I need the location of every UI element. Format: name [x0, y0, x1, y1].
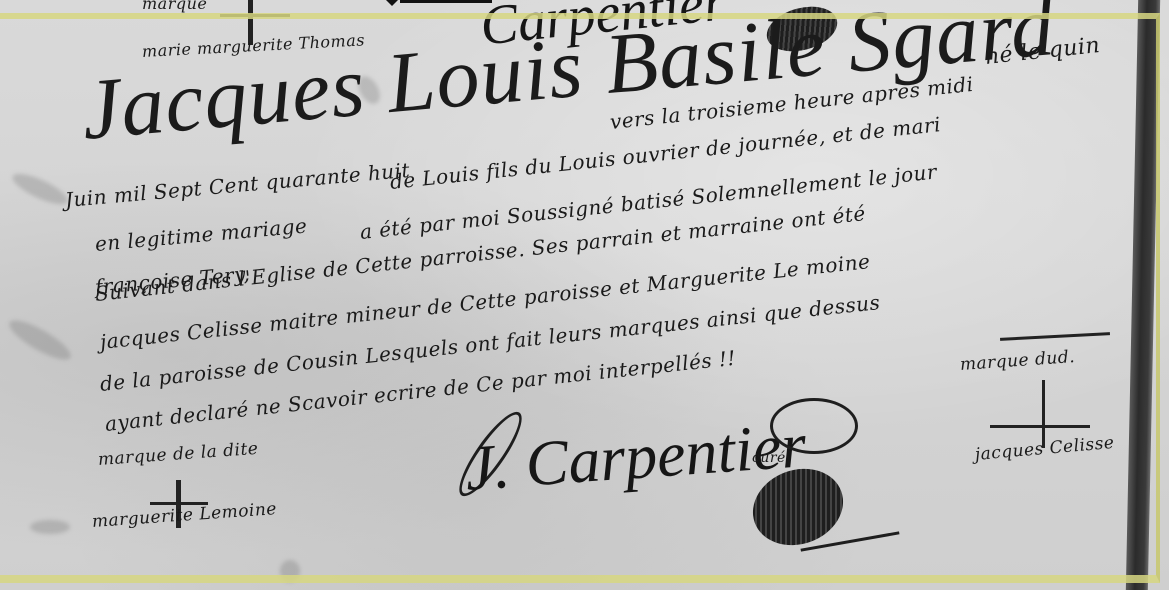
right-mark-label: marque dud.	[959, 347, 1075, 375]
underline-stroke	[1000, 332, 1110, 341]
top-fragment-text: marque	[142, 0, 207, 13]
signature-suffix: curé	[752, 450, 786, 466]
signature-loop	[770, 398, 858, 454]
left-mark-label: marque de la dite	[97, 439, 259, 470]
record-line-5: en legitime mariage	[94, 213, 308, 255]
paper-stain	[280, 560, 300, 582]
document-scan: marque marie marguerite Thomas Carpentie…	[0, 0, 1169, 590]
paper-stain	[30, 520, 70, 534]
paper-stain	[9, 168, 71, 210]
book-binding-edge	[1126, 0, 1160, 590]
record-line-3: Juin mil Sept Cent quarante huit	[64, 158, 411, 212]
paper-stain	[5, 314, 76, 366]
